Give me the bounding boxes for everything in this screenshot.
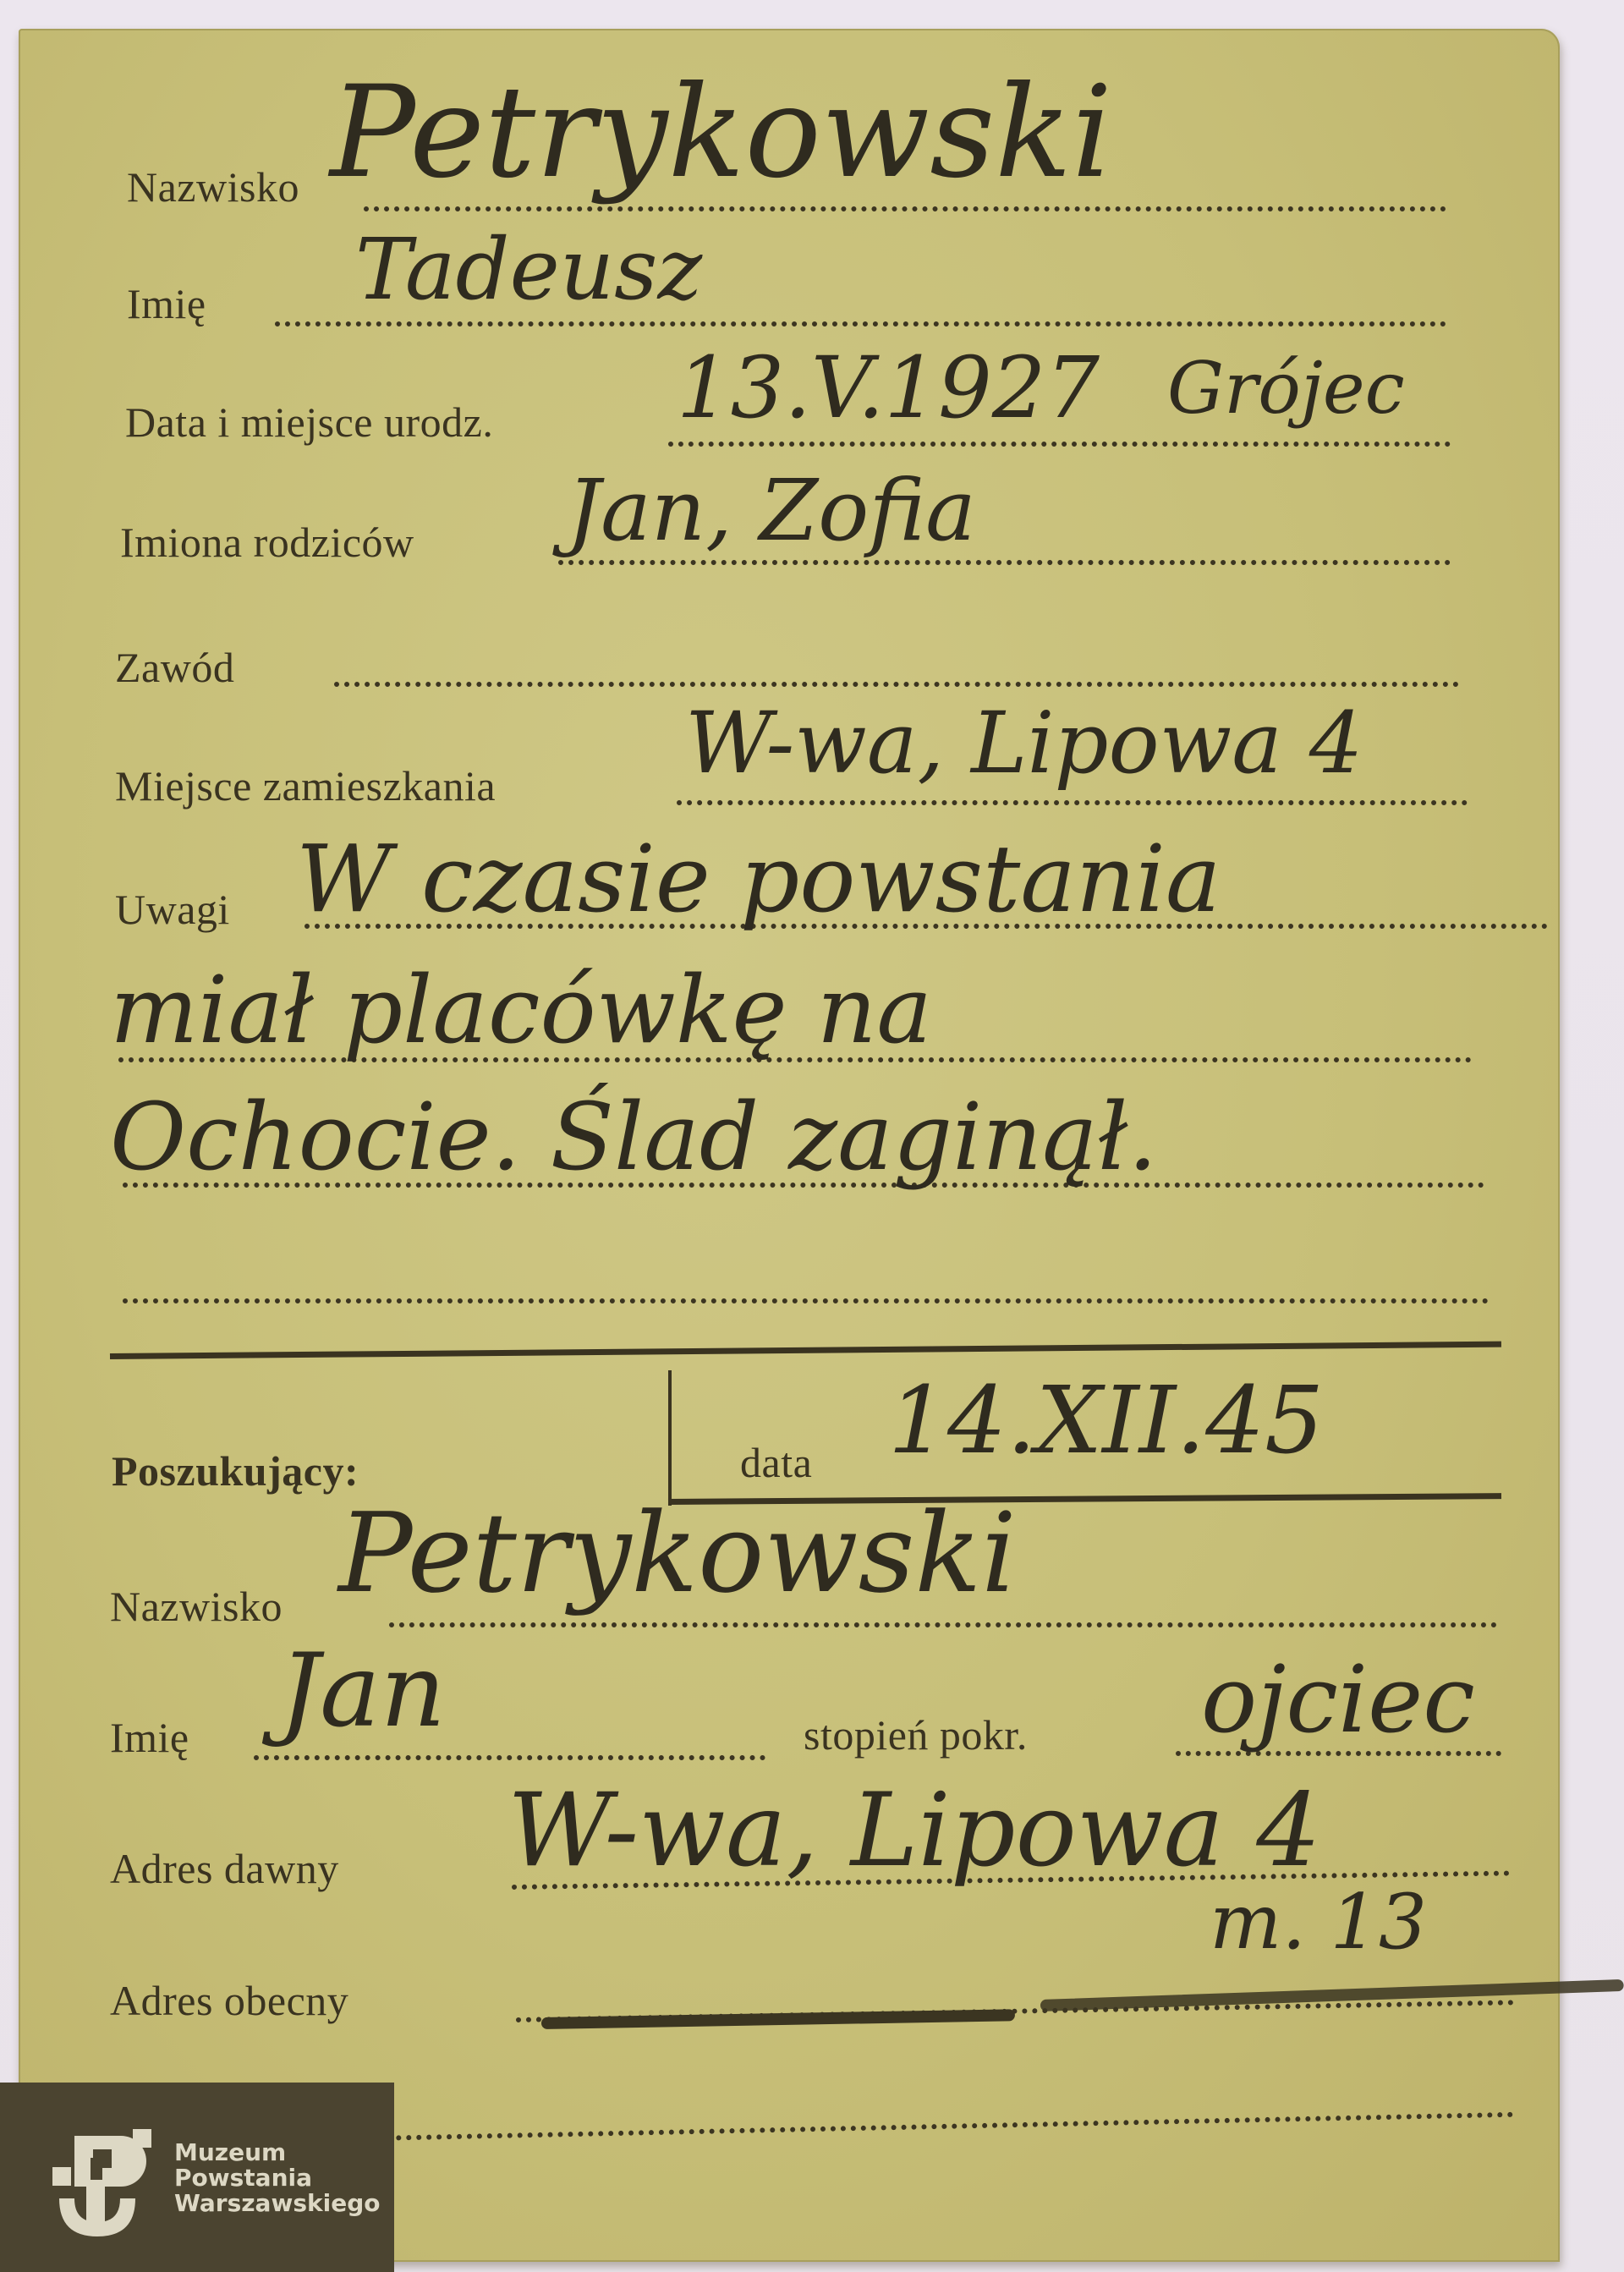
value-old-address: W-wa, Lipowa 4 [507,1772,1321,1890]
label-parents: Imiona rodziców [120,518,414,567]
label-occupation: Zawód [115,643,234,692]
value-residence: W-wa, Lipowa 4 [685,694,1363,793]
watermark-line-2: Powstania [174,2165,380,2191]
value-parents: Jan, Zofia [567,461,976,560]
dotted-line [364,206,1446,211]
label-notes: Uwagi [115,885,230,934]
label-residence: Miejsce zamieszkania [115,761,496,810]
label-birth: Data i miejsce urodz. [125,398,493,447]
value-old-address-line2: m. 13 [1210,1878,1427,1967]
label-date: data [740,1438,812,1487]
watermark-line-3: Warszawskiego [174,2191,380,2216]
label-searcher-heading: Poszukujący: [112,1446,359,1495]
value-birth-place: Grójec [1167,347,1405,430]
value-relation: ojciec [1201,1645,1475,1753]
dotted-line [275,321,1446,327]
notes-line-3: Ochocie. Ślad zaginął. [110,1083,1157,1191]
notes-line-1: W czasie powstania [296,825,1221,933]
label-current-address: Adres obecny [110,1976,348,2025]
notes-line-2: miał placówkę na [110,956,932,1064]
kotwica-anchor-icon [51,2129,152,2239]
value-date: 14.XII.45 [888,1366,1324,1474]
date-box-border [668,1370,672,1506]
label-surname: Nazwisko [127,162,299,211]
value-birth-date: 13.V.1927 [677,338,1100,437]
dotted-line [558,560,1451,565]
museum-watermark: Muzeum Powstania Warszawskiego [0,2083,394,2272]
dotted-line [389,1622,1497,1627]
label-searcher-first-name: Imię [110,1713,189,1762]
label-searcher-surname: Nazwisko [110,1582,283,1631]
label-old-address: Adres dawny [110,1844,339,1893]
dotted-line [123,1298,1489,1303]
label-first-name: Imię [127,279,206,328]
value-surname: Petrykowski [330,59,1112,206]
value-first-name: Tadeusz [355,220,702,319]
dotted-line [334,682,1459,687]
watermark-line-1: Muzeum [174,2140,380,2165]
dotted-line [677,800,1468,805]
dotted-line [668,442,1451,447]
label-relation: stopień pokr. [804,1710,1028,1759]
dotted-line [254,1755,765,1760]
value-searcher-surname: Petrykowski [338,1489,1017,1617]
value-searcher-first-name: Jan [279,1633,446,1750]
